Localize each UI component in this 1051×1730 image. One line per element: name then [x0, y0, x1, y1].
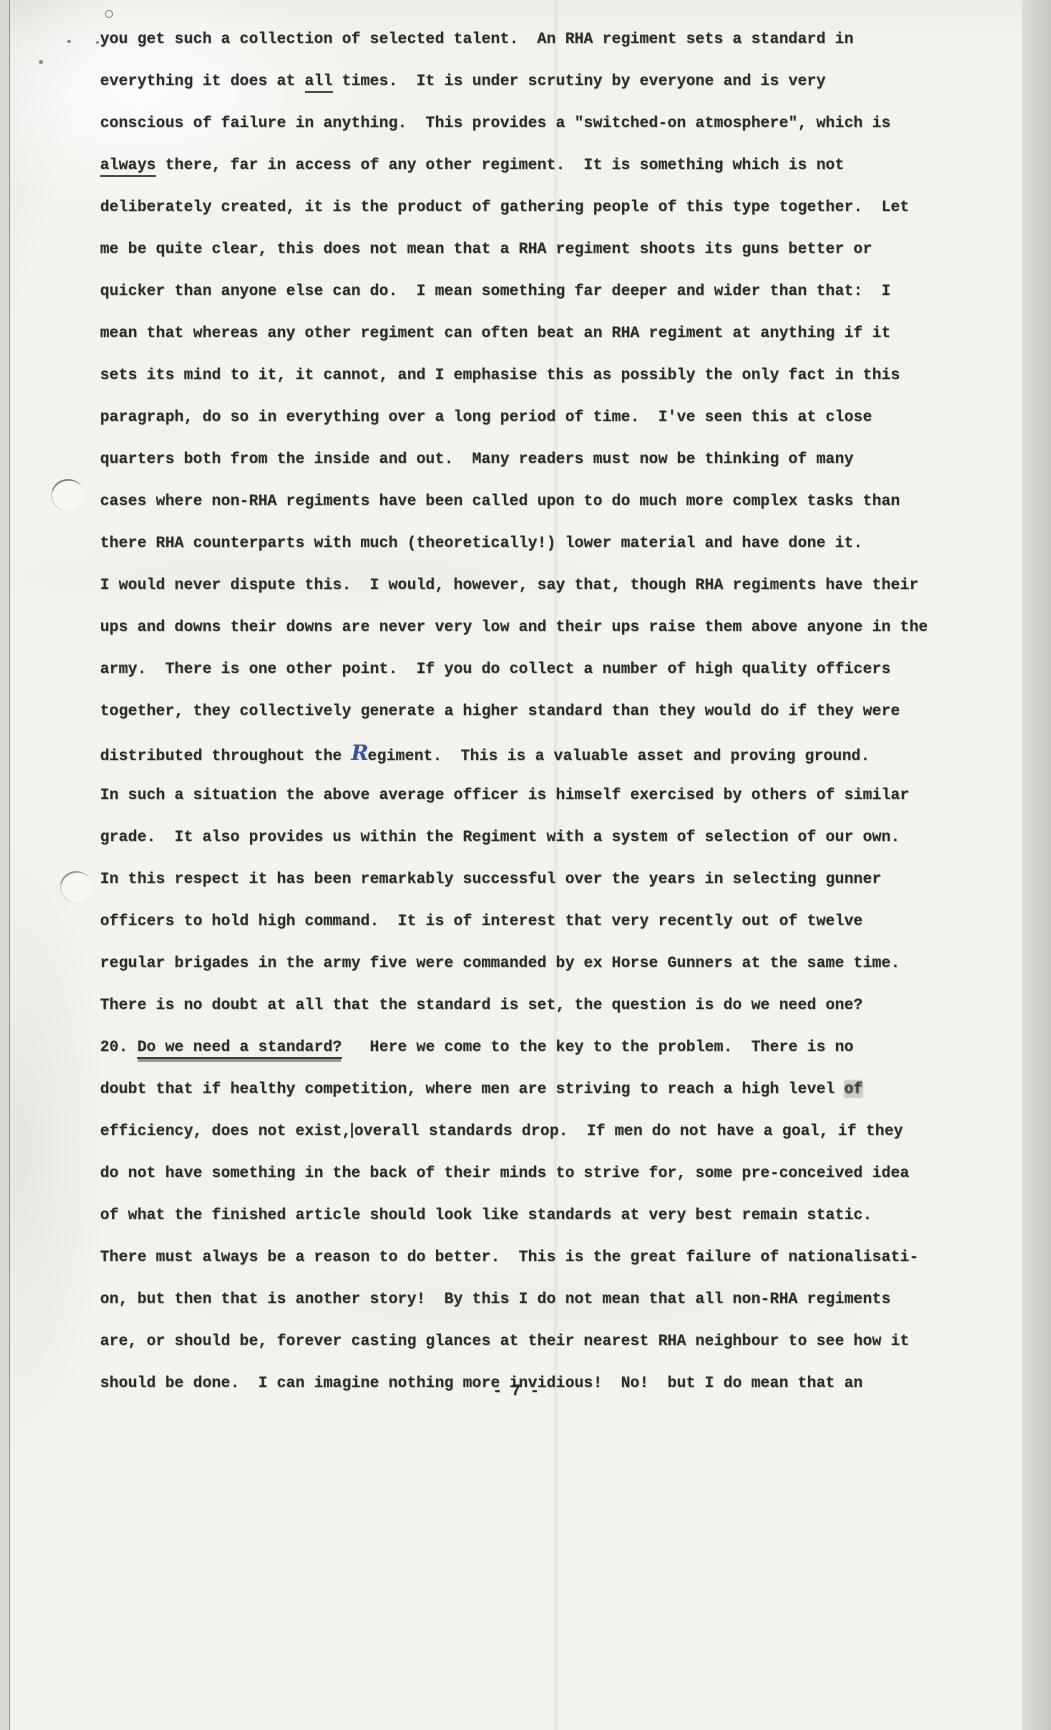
- document-line: doubt that if healthy competition, where…: [100, 1068, 960, 1110]
- text-segment: together, they collectively generate a h…: [100, 702, 900, 720]
- text-segment: everything it does at: [100, 72, 305, 90]
- text-segment: egiment. This is a valuable asset and pr…: [368, 747, 870, 765]
- document-line: grade. It also provides us within the Re…: [100, 816, 960, 858]
- document-line: 20. Do we need a standard? Here we come …: [100, 1026, 960, 1068]
- text-segment: there, far in access of any other regime…: [156, 156, 844, 174]
- document-line: mean that whereas any other regiment can…: [100, 312, 960, 354]
- text-segment: always: [100, 156, 156, 177]
- document-line: everything it does at all times. It is u…: [100, 60, 960, 102]
- text-segment: efficiency, does not exist,: [100, 1122, 351, 1140]
- scan-edge: [1022, 0, 1051, 1730]
- document-line: together, they collectively generate a h…: [100, 690, 960, 732]
- document-line: ups and downs their downs are never very…: [100, 606, 960, 648]
- handwritten-correction: R: [351, 740, 367, 765]
- text-segment: Here we come to the key to the problem. …: [342, 1038, 854, 1056]
- document-text: you get such a collection of selected ta…: [100, 18, 960, 1404]
- document-line: on, but then that is another story! By t…: [100, 1278, 960, 1320]
- document-line: of what the finished article should look…: [100, 1194, 960, 1236]
- document-line: sets its mind to it, it cannot, and I em…: [100, 354, 960, 396]
- document-line: are, or should be, forever casting glanc…: [100, 1320, 960, 1362]
- document-line: deliberately created, it is the product …: [100, 186, 960, 228]
- text-segment: officers to hold high command. It is of …: [100, 912, 863, 930]
- document-line: paragraph, do so in everything over a lo…: [100, 396, 960, 438]
- document-line: In this respect it has been remarkably s…: [100, 858, 960, 900]
- text-segment: In such a situation the above average of…: [100, 786, 909, 804]
- text-segment: There is no doubt at all that the standa…: [100, 996, 863, 1014]
- document-line: quicker than anyone else can do. I mean …: [100, 270, 960, 312]
- text-segment: sets its mind to it, it cannot, and I em…: [100, 366, 900, 384]
- text-segment: overall standards drop. If men do not ha…: [354, 1122, 903, 1140]
- punch-hole: [55, 866, 97, 908]
- document-line: efficiency, does not exist,overall stand…: [100, 1110, 960, 1152]
- document-line: do not have something in the back of the…: [100, 1152, 960, 1194]
- document-line: cases where non-RHA regiments have been …: [100, 480, 960, 522]
- scan-background: you get such a collection of selected ta…: [0, 0, 1051, 1730]
- text-segment: ups and downs their downs are never very…: [100, 618, 928, 636]
- document-line: there RHA counterparts with much (theore…: [100, 522, 960, 564]
- text-segment: all: [305, 72, 333, 93]
- page-paper: you get such a collection of selected ta…: [10, 0, 1022, 1730]
- paper-speck: [105, 10, 113, 18]
- text-segment: In this respect it has been remarkably s…: [100, 870, 881, 888]
- text-segment: of: [844, 1080, 863, 1098]
- text-segment: doubt that if healthy competition, where…: [100, 1080, 844, 1098]
- text-segment: mean that whereas any other regiment can…: [100, 324, 891, 342]
- text-segment: I would never dispute this. I would, how…: [100, 576, 919, 594]
- text-segment: there RHA counterparts with much (theore…: [100, 534, 863, 552]
- document-line: you get such a collection of selected ta…: [100, 18, 960, 60]
- text-segment: do not have something in the back of the…: [100, 1164, 909, 1182]
- text-segment: cases where non-RHA regiments have been …: [100, 492, 900, 510]
- document-line: distributed throughout the Regiment. Thi…: [100, 732, 960, 774]
- text-segment: distributed throughout the: [100, 747, 351, 765]
- document-line: quarters both from the inside and out. M…: [100, 438, 960, 480]
- text-segment: me be quite clear, this does not mean th…: [100, 240, 872, 258]
- text-segment: conscious of failure in anything. This p…: [100, 114, 891, 132]
- document-line: There must always be a reason to do bett…: [100, 1236, 960, 1278]
- text-segment: quarters both from the inside and out. M…: [100, 450, 853, 468]
- text-segment: paragraph, do so in everything over a lo…: [100, 408, 872, 426]
- text-segment: on, but then that is another story! By t…: [100, 1290, 891, 1308]
- paper-speck: [67, 40, 71, 43]
- text-segment: times. It is under scrutiny by everyone …: [333, 72, 826, 90]
- text-segment: 20.: [100, 1038, 137, 1056]
- document-line: me be quite clear, this does not mean th…: [100, 228, 960, 270]
- text-segment: quicker than anyone else can do. I mean …: [100, 282, 891, 300]
- text-segment: you get such a collection of selected ta…: [100, 30, 853, 48]
- document-line: army. There is one other point. If you d…: [100, 648, 960, 690]
- text-segment: regular brigades in the army five were c…: [100, 954, 900, 972]
- text-segment: grade. It also provides us within the Re…: [100, 828, 900, 846]
- text-segment: army. There is one other point. If you d…: [100, 660, 891, 678]
- document-line: There is no doubt at all that the standa…: [100, 984, 960, 1026]
- document-line: regular brigades in the army five were c…: [100, 942, 960, 984]
- text-segment: There must always be a reason to do bett…: [100, 1248, 919, 1266]
- pen-mark: [351, 1123, 353, 1138]
- paper-speck: [39, 60, 43, 64]
- punch-hole: [47, 475, 88, 516]
- document-line: I would never dispute this. I would, how…: [100, 564, 960, 606]
- document-line: officers to hold high command. It is of …: [100, 900, 960, 942]
- text-segment: of what the finished article should look…: [100, 1206, 872, 1224]
- page-number: - 7 -: [10, 1382, 1022, 1400]
- text-segment: are, or should be, forever casting glanc…: [100, 1332, 909, 1350]
- section-heading: Do we need a standard?: [137, 1038, 342, 1059]
- document-line: always there, far in access of any other…: [100, 144, 960, 186]
- text-segment: deliberately created, it is the product …: [100, 198, 909, 216]
- document-line: conscious of failure in anything. This p…: [100, 102, 960, 144]
- paper-speck: [96, 41, 99, 44]
- document-line: In such a situation the above average of…: [100, 774, 960, 816]
